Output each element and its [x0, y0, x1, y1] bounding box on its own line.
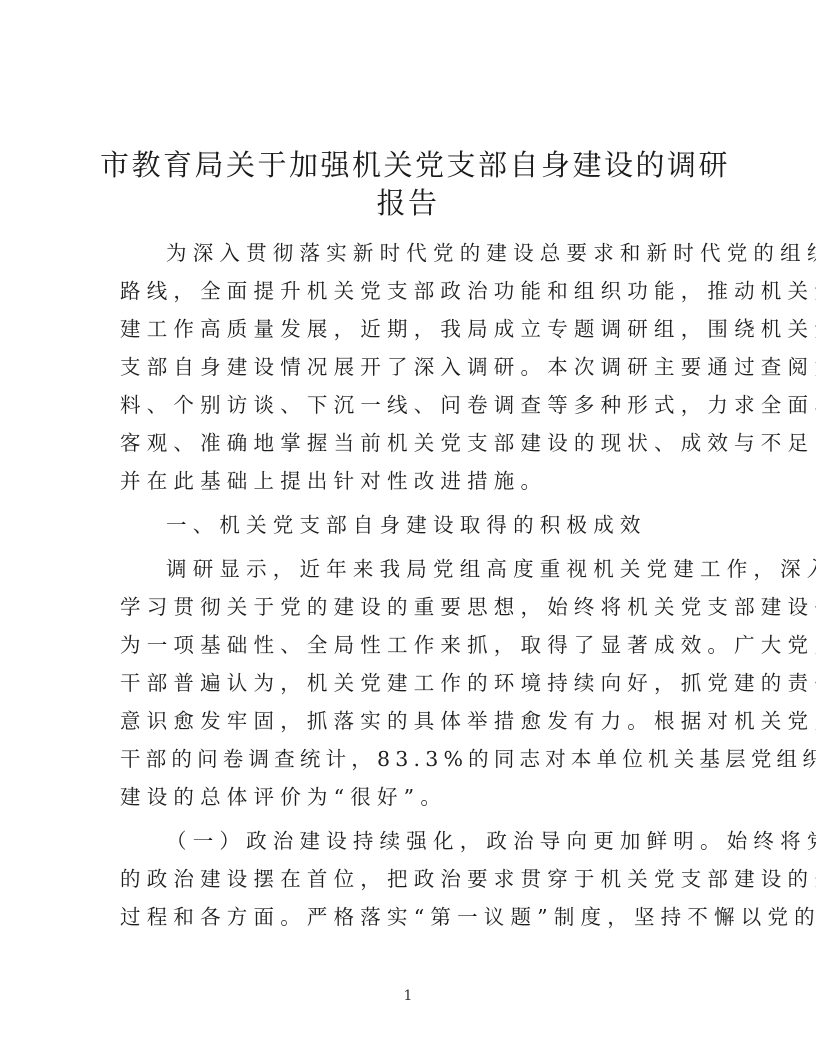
text-line: 为一项基础性、全局性工作来抓，取得了显著成效。广大党员: [120, 626, 700, 664]
text-line: 料、个别访谈、下沉一线、问卷调查等多种形式，力求全面、: [120, 386, 700, 424]
text-line: 干部的问卷调查统计，83.3%的同志对本单位机关基层党组织: [120, 740, 700, 778]
text-line: 意识愈发牢固，抓落实的具体举措愈发有力。根据对机关党员: [120, 702, 700, 740]
section-heading: 一、机关党支部自身建设取得的积极成效: [120, 506, 700, 544]
text-line: 路线，全面提升机关党支部政治功能和组织功能，推动机关党: [120, 272, 700, 310]
intro-paragraph: 为深入贯彻落实新时代党的建设总要求和新时代党的组织 路线，全面提升机关党支部政治…: [120, 234, 700, 500]
text-line: 建工作高质量发展，近期，我局成立专题调研组，围绕机关党: [120, 310, 700, 348]
text-line: 支部自身建设情况展开了深入调研。本次调研主要通过查阅资: [120, 348, 700, 386]
title-line-1: 市教育局关于加强机关党支部自身建设的调研: [100, 146, 716, 184]
document-title: 市教育局关于加强机关党支部自身建设的调研 报告: [100, 146, 716, 222]
text-line: 建设的总体评价为“很好”。: [120, 778, 700, 816]
text-line: 客观、准确地掌握当前机关党支部建设的现状、成效与不足，: [120, 424, 700, 462]
page-number: 1: [0, 988, 816, 1004]
document-page: 市教育局关于加强机关党支部自身建设的调研 报告 为深入贯彻落实新时代党的建设总要…: [0, 0, 816, 1056]
text-line: （一）政治建设持续强化，政治导向更加鲜明。始终将党: [120, 822, 700, 860]
text-line: 调研显示，近年来我局党组高度重视机关党建工作，深入: [120, 550, 700, 588]
text-line: 学习贯彻关于党的建设的重要思想，始终将机关党支部建设作: [120, 588, 700, 626]
text-line: 干部普遍认为，机关党建工作的环境持续向好，抓党建的责任: [120, 664, 700, 702]
heading-line: 一、机关党支部自身建设取得的积极成效: [120, 506, 700, 544]
achievements-paragraph: 调研显示，近年来我局党组高度重视机关党建工作，深入 学习贯彻关于党的建设的重要思…: [120, 550, 700, 816]
title-line-2: 报告: [100, 184, 716, 222]
text-line: 为深入贯彻落实新时代党的建设总要求和新时代党的组织: [120, 234, 700, 272]
political-building-paragraph: （一）政治建设持续强化，政治导向更加鲜明。始终将党 的政治建设摆在首位，把政治要…: [120, 822, 700, 936]
text-line: 过程和各方面。严格落实“第一议题”制度，坚持不懈以党的: [120, 898, 700, 936]
text-line: 并在此基础上提出针对性改进措施。: [120, 462, 700, 500]
document-body: 为深入贯彻落实新时代党的建设总要求和新时代党的组织 路线，全面提升机关党支部政治…: [120, 234, 700, 942]
text-line: 的政治建设摆在首位，把政治要求贯穿于机关党支部建设的全: [120, 860, 700, 898]
